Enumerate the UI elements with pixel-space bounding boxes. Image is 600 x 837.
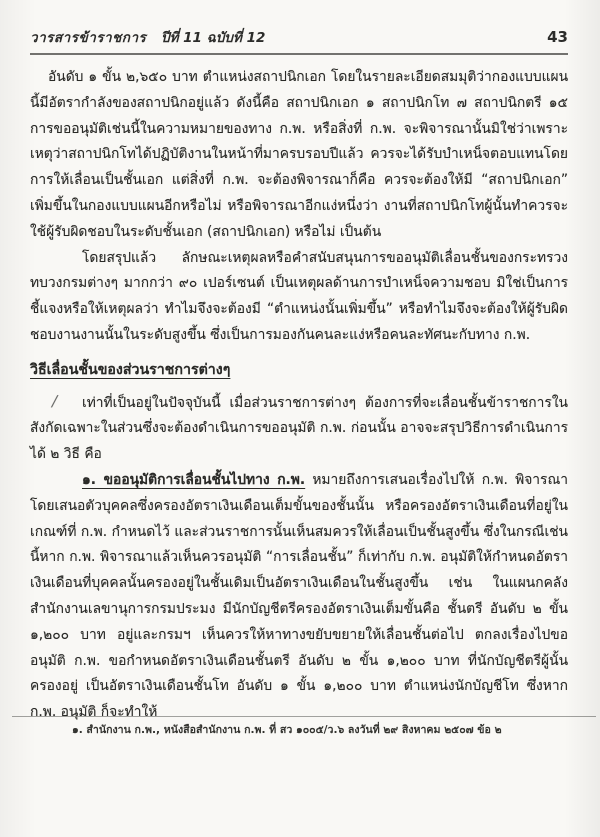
numbered-item-1: ๑. ขออนุมัติการเลื่อนชั้นไปทาง ก.พ. หมาย… bbox=[30, 468, 568, 726]
footnote-separator-rule bbox=[12, 716, 596, 717]
paragraph-summary: โดยสรุปแล้ว ลักษณะเหตุผลหรือคำสนับสนุนกา… bbox=[30, 246, 568, 349]
article-body: อันดับ ๑ ขั้น ๒,๖๕๐ บาท ตำแหน่งสถาปนิกเอ… bbox=[30, 65, 568, 726]
footnote-citation: ๑. สำนักงาน ก.พ., หนังสือสำนักงาน ก.พ. ท… bbox=[72, 722, 576, 738]
page-number: 43 bbox=[547, 28, 568, 46]
section-heading: วิธีเลื่อนชั้นของส่วนราชการต่างๆ bbox=[30, 358, 568, 384]
running-header-left: วารสารข้าราชการ ปีที่ 11 ฉบับที่ 12 bbox=[30, 26, 265, 48]
numbered-item-1-lead: ๑. ขออนุมัติการเลื่อนชั้นไปทาง ก.พ. bbox=[82, 472, 305, 488]
paragraph-methods-intro: เท่าที่เป็นอยู่ในปัจจุบันนี้ เมื่อส่วนรา… bbox=[30, 391, 568, 468]
running-header: วารสารข้าราชการ ปีที่ 11 ฉบับที่ 12 43 bbox=[30, 26, 568, 55]
numbered-item-1-body: หมายถึงการเสนอเรื่องไปให้ ก.พ. พิจารณาโด… bbox=[30, 472, 568, 720]
volume-issue-label: ปีที่ 11 ฉบับที่ 12 bbox=[161, 30, 265, 46]
paragraph-continued: อันดับ ๑ ขั้น ๒,๖๕๐ บาท ตำแหน่งสถาปนิกเอ… bbox=[30, 65, 568, 246]
footnote-area: ๑. สำนักงาน ก.พ., หนังสือสำนักงาน ก.พ. ท… bbox=[0, 716, 600, 738]
journal-title: วารสารข้าราชการ bbox=[30, 30, 146, 46]
scanned-journal-page: วารสารข้าราชการ ปีที่ 11 ฉบับที่ 12 43 อ… bbox=[0, 0, 600, 837]
